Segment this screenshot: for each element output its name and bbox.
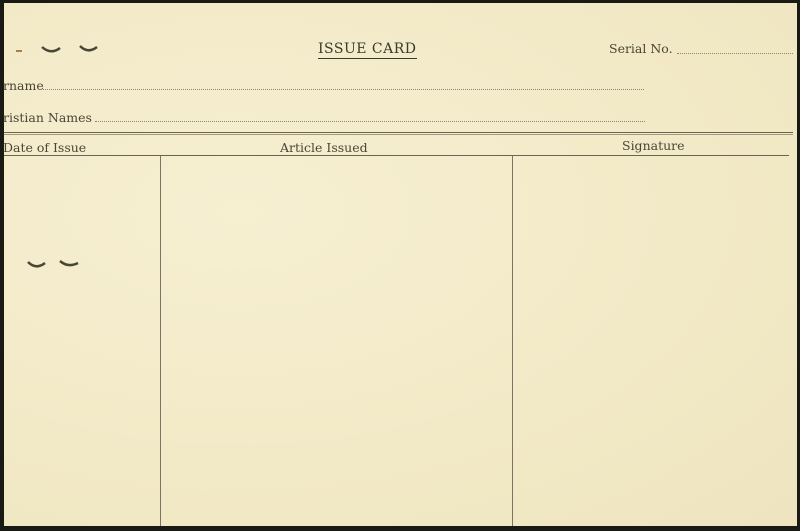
date-of-issue-column[interactable] — [4, 156, 160, 526]
column-header-signature: Signature — [622, 138, 685, 153]
serial-number-field[interactable] — [677, 53, 793, 54]
signature-column[interactable] — [513, 156, 793, 526]
christian-names-field[interactable] — [95, 121, 645, 122]
column-header-article-issued: Article Issued — [280, 140, 368, 155]
staple-mark-icon — [26, 257, 86, 271]
serial-number-label: Serial No. — [609, 41, 673, 56]
article-issued-column[interactable] — [161, 156, 512, 526]
staple-mark-icon — [14, 41, 104, 57]
issue-card: ISSUE CARD Serial No. rname ristian Name… — [0, 3, 797, 526]
header-divider-top — [4, 132, 793, 133]
surname-field[interactable] — [40, 89, 644, 90]
surname-label: rname — [3, 78, 44, 93]
christian-names-label: ristian Names — [3, 110, 92, 125]
card-title: ISSUE CARD — [318, 41, 417, 59]
header-divider-top-2 — [4, 134, 793, 135]
column-header-date-of-issue: Date of Issue — [3, 140, 86, 155]
